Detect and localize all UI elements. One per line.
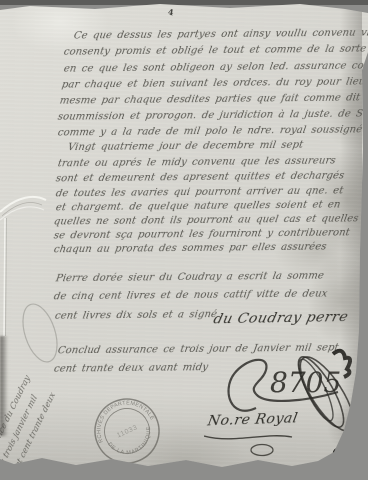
top-mark: 4 xyxy=(167,7,174,18)
manuscript-line: comme y a la rade de mil polo le ndre. r… xyxy=(57,124,363,139)
margin-flourish xyxy=(18,298,62,368)
ink-speck xyxy=(349,421,359,429)
manuscript-page: 4 Ce que dessus les partyes ont ainsy vo… xyxy=(0,0,368,480)
manuscript-line: chaqun au prorata des sommes par elles a… xyxy=(53,242,328,257)
notary-underline-flourish xyxy=(204,428,299,460)
manuscript-line: de toutes les avaries qui pourront arriv… xyxy=(55,185,344,200)
manuscript-line: Ce que dessus les partyes ont ainsy voul… xyxy=(73,27,368,42)
signature-du-coudray: du Coudray perre xyxy=(212,309,350,327)
manuscript-line: de cinq cent livres et de nous cattif vi… xyxy=(53,289,328,304)
manuscript-line: se devront sça pourront les fourniront y… xyxy=(53,227,351,242)
scan-background: 4 Ce que dessus les partyes ont ainsy vo… xyxy=(0,0,368,480)
manuscript-line: en ce que les sont obligeon ay selon led… xyxy=(63,60,368,75)
manuscript-line: mesme par chaque desdites parties que fa… xyxy=(59,92,368,107)
ink-blot-icon xyxy=(331,433,353,463)
manuscript-line: et chargemt. de quelque nature quelles s… xyxy=(55,200,342,215)
manuscript-line: trante ou aprés le midy convenu que les … xyxy=(57,156,337,171)
manuscript-line: par chaque et bien suivant les ordces. d… xyxy=(61,76,368,91)
manuscript-line: soummission et prorogon. de juridiction … xyxy=(57,108,368,124)
manuscript-line: consenty promis et obligé le tout et com… xyxy=(63,43,368,59)
manuscript-line: Pierre dorée sieur du Coudray a escrit l… xyxy=(55,271,325,286)
signature-notary: No.re Royal xyxy=(206,410,299,429)
manuscript-line: cent livres dix sols et a signé xyxy=(54,309,218,323)
manuscript-line: sont et demeurent des apresent quittes e… xyxy=(55,170,345,185)
archive-stamp: ARCHIVES DEPARTEMENTALES DE LA MARTINIQU… xyxy=(82,386,172,476)
stamp-number: 11033 xyxy=(116,424,139,439)
edge-shadow xyxy=(0,336,8,436)
manuscript-line: quelles ne sont dont ils pourront au que… xyxy=(53,213,360,228)
manuscript-line: Vingt quatrieme jour de decembre mil sep… xyxy=(67,140,304,154)
